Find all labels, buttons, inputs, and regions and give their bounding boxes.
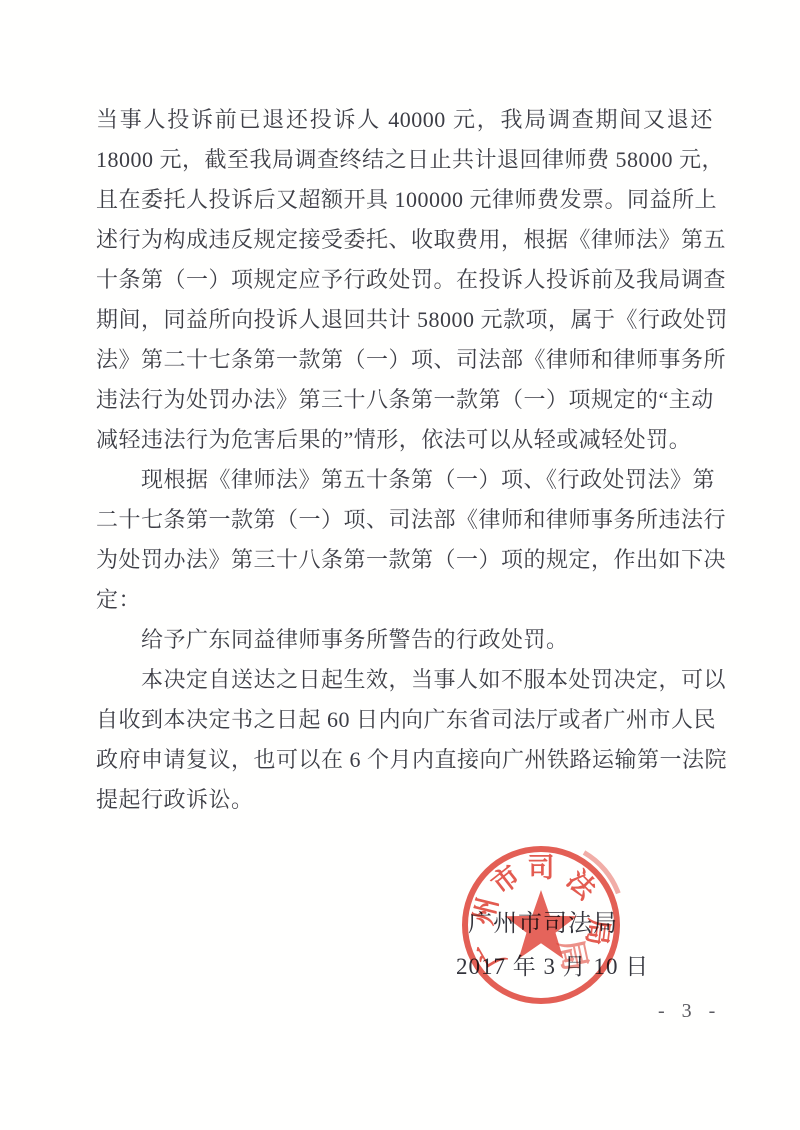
document-body: 当事人投诉前已退还投诉人 40000 元，我局调查期间又退还 18000 元，截…: [96, 100, 713, 820]
body-line: 法》第二十七条第一款第（一）项、司法部《律师和律师事务所: [96, 340, 713, 380]
body-line: 定：: [96, 580, 713, 620]
body-line: 当事人投诉前已退还投诉人 40000 元，我局调查期间又退还: [96, 100, 713, 140]
body-line: 自收到本决定书之日起 60 日内向广东省司法厅或者广州市人民: [96, 700, 713, 740]
seal-artifact-char: 局: [552, 936, 594, 975]
body-line: 违法行为处罚办法》第三十八条第一款第（一）项规定的“主动: [96, 380, 713, 420]
document-page: 当事人投诉前已退还投诉人 40000 元，我局调查期间又退还 18000 元，截…: [0, 0, 800, 1130]
body-line: 减轻违法行为危害后果的”情形，依法可以从轻或减轻处罚。: [96, 420, 713, 460]
body-line: 十条第（一）项规定应予行政处罚。在投诉人投诉前及我局调查: [96, 260, 713, 300]
page-number: - 3 -: [658, 1000, 721, 1023]
body-line: 且在委托人投诉后又超额开具 100000 元律师费发票。同益所上: [96, 180, 713, 220]
body-line: 给予广东同益律师事务所警告的行政处罚。: [96, 620, 713, 660]
body-line: 期间，同益所向投诉人退回共计 58000 元款项，属于《行政处罚: [96, 300, 713, 340]
official-seal-stamp-icon: 广 州 市 司 法 局 局: [448, 830, 648, 1030]
body-line: 二十七条第一款第（一）项、司法部《律师和律师事务所违法行: [96, 500, 713, 540]
body-line: 述行为构成违反规定接受委托、收取费用，根据《律师法》第五: [96, 220, 713, 260]
body-line: 为处罚办法》第三十八条第一款第（一）项的规定，作出如下决: [96, 540, 713, 580]
body-line: 18000 元，截至我局调查终结之日止共计退回律师费 58000 元，: [96, 140, 713, 180]
seal-char: 司: [528, 853, 555, 883]
seal-char: 州: [468, 894, 504, 927]
body-line: 提起行政诉讼。: [96, 780, 713, 820]
body-line: 政府申请复议，也可以在 6 个月内直接向广州铁路运输第一法院: [96, 740, 713, 780]
body-line: 现根据《律师法》第五十条第（一）项、《行政处罚法》第: [96, 460, 713, 500]
body-line: 本决定自送达之日起生效，当事人如不服本处罚决定，可以: [96, 660, 713, 700]
